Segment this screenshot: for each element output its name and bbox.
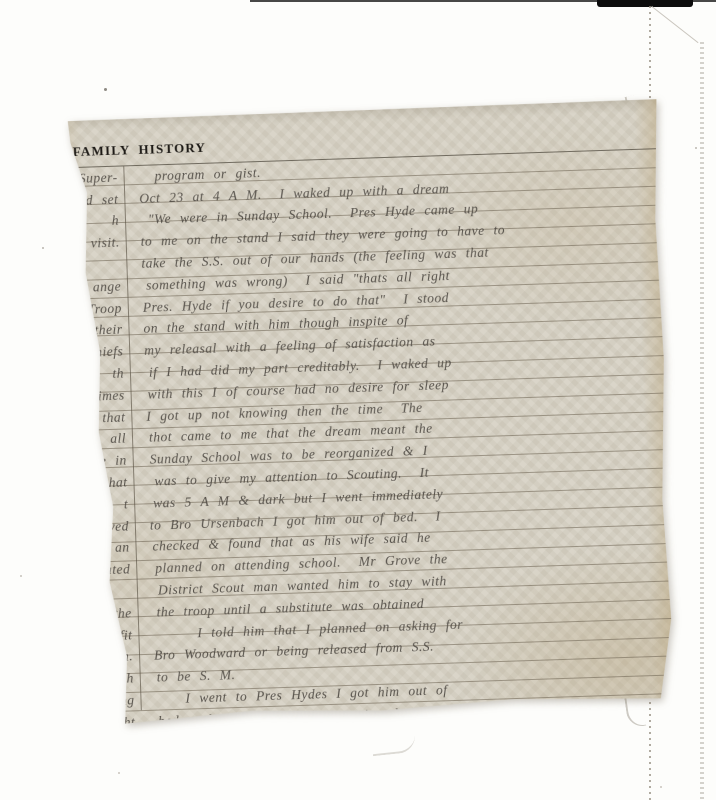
scanned-page: FAMILY HISTORY Super-d sethvisit.angeTro…: [0, 0, 716, 800]
margin-note-line: chiefs: [71, 341, 127, 365]
journal-page-wrapper: FAMILY HISTORY Super-d sethvisit.angeTro…: [64, 99, 677, 727]
ruled-writing-area: Super-d sethvisit.angeTrooptheirchiefsth…: [65, 149, 676, 718]
dust-speck: [104, 88, 107, 91]
margin-note-line: to the: [79, 602, 135, 626]
margin-note-line: te in: [74, 450, 130, 474]
dust-speck: [20, 575, 22, 577]
margin-note-line: Super-: [65, 167, 121, 191]
margin-note-line: thot: [84, 733, 140, 757]
margin-note-line: d set: [66, 188, 122, 212]
dust-speck: [118, 772, 120, 774]
margin-note-line: [68, 254, 124, 278]
dust-speck: [42, 247, 44, 249]
margin-note-line: fit: [80, 624, 136, 648]
margin-note-line: ound: [84, 755, 140, 779]
margin-note-line: th: [72, 363, 128, 387]
margin-note-line: h: [67, 210, 123, 234]
margin-note-line: ange: [69, 275, 125, 299]
margin-note-line: [79, 580, 135, 604]
margin-note-line: Troop: [70, 297, 126, 321]
margin-note-line: layed: [77, 515, 133, 539]
margin-note-line: ught: [83, 711, 139, 735]
margin-note-line: t: [76, 493, 132, 517]
paper-curl-mark-lower: [371, 734, 417, 757]
backing-sheet-corner-cut: [651, 6, 698, 43]
margin-note-line: ough.: [81, 646, 137, 670]
page-title: FAMILY HISTORY: [73, 140, 207, 160]
scanner-corner-artifact: [597, 0, 693, 7]
margin-note-line: hat: [75, 472, 131, 496]
journal-page: FAMILY HISTORY Super-d sethvisit.angeTro…: [64, 99, 677, 727]
handwriting-column: program or gist.Oct 23 at 4 A M. I waked…: [124, 149, 679, 798]
margin-note-line: r: [85, 777, 141, 800]
margin-note-line: their: [70, 319, 126, 343]
margin-note-line: an: [77, 537, 133, 561]
margin-note-line: quilting: [82, 689, 138, 713]
margin-note-line: treated: [78, 559, 134, 583]
margin-note-line: times: [72, 384, 128, 408]
perforation-line-outer: [700, 42, 704, 800]
dust-speck: [695, 147, 697, 149]
margin-note-line: all: [74, 428, 130, 452]
dust-speck: [660, 786, 662, 788]
margin-note-line: that: [73, 406, 129, 430]
handwriting-line: for me 1. Support Bro Woodward as S. M.;: [144, 759, 679, 798]
margin-note-line: visit.: [67, 232, 123, 256]
margin-note-line: h: [81, 668, 137, 692]
